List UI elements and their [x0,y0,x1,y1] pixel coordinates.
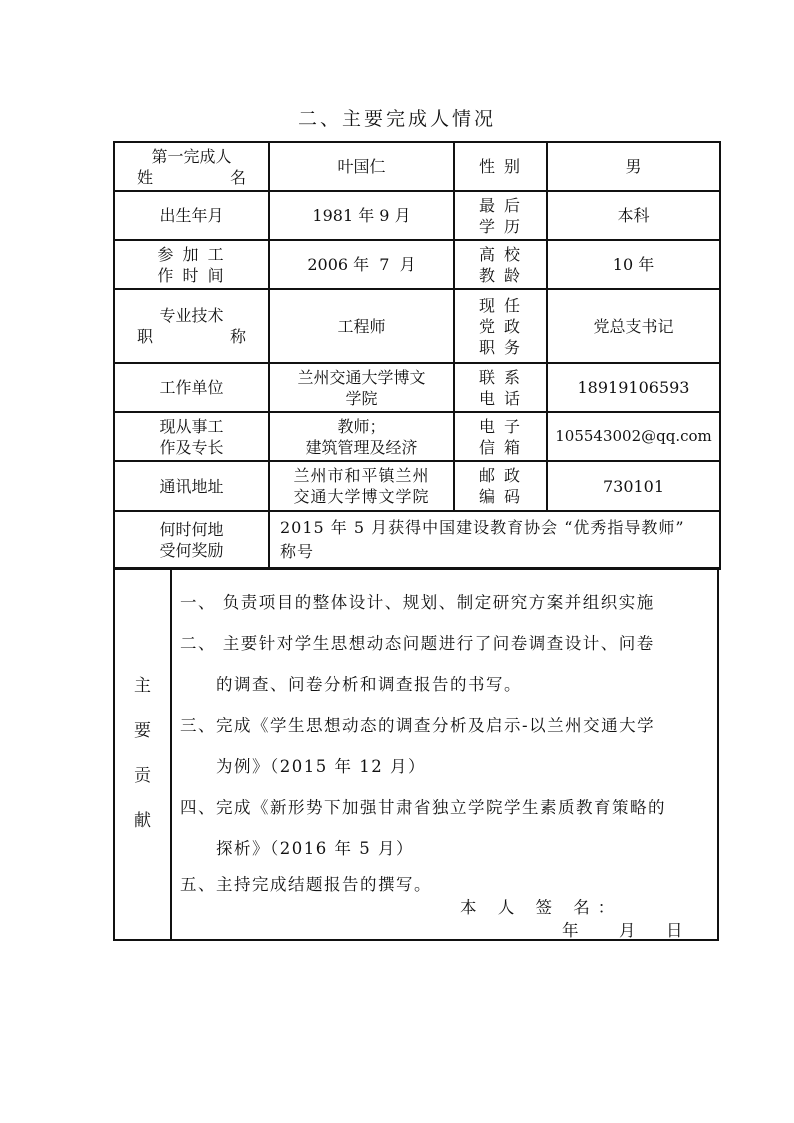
date-month: 月 [619,917,644,941]
field-label: 现 任党 政职 务 [454,289,547,363]
contribution-body: 一、 负责项目的整体设计、规划、制定研究方案并组织实施 二、 主要针对学生思想动… [171,568,718,940]
postcode-value: 730101 [547,461,720,511]
field-label: 最 后学 历 [454,191,547,240]
field-label: 第一完成人 姓名 [114,142,269,191]
table-row: 通讯地址 兰州市和平镇兰州交通大学博文学院 邮 政编 码 730101 [114,461,720,511]
contribution-line: 的调查、问卷分析和调查报告的书写。 [180,671,522,695]
contribution-line: 二、 主要针对学生思想动态问题进行了问卷调查设计、问卷 [180,630,655,654]
signature-label: 本 人 签 名： [460,894,622,918]
contribution-label: 主 要 贡 献 [114,568,171,940]
contribution-line: 四、完成《新形势下加强甘肃省独立学院学生素质教育策略的 [180,794,666,818]
field-label: 邮 政编 码 [454,461,547,511]
field-label: 出生年月 [114,191,269,240]
gender-value: 男 [547,142,720,191]
contribution-line: 五、主持完成结题报告的撰写。 [180,871,432,895]
award-value: 2015 年 5 月获得中国建设教育协会 “优秀指导教师”称号 [269,511,720,569]
table-row: 专业技术 职称 工程师 现 任党 政职 务 党总支书记 [114,289,720,363]
contribution-line: 一、 负责项目的整体设计、规划、制定研究方案并组织实施 [180,589,655,613]
name-value: 叶国仁 [269,142,454,191]
field-label: 高 校教 龄 [454,240,547,289]
table-row: 何时何地受何奖励 2015 年 5 月获得中国建设教育协会 “优秀指导教师”称号 [114,511,720,569]
field-label: 现从事工作及专长 [114,412,269,461]
date-day: 日 [666,917,691,941]
field-label: 通讯地址 [114,461,269,511]
email-value: 105543002@qq.com [547,412,720,461]
employer-value: 兰州交通大学博文学院 [269,363,454,412]
field-label: 工作单位 [114,363,269,412]
position-value: 党总支书记 [547,289,720,363]
table-row: 参 加 工作 时 间 2006 年 7 月 高 校教 龄 10 年 [114,240,720,289]
field-label: 何时何地受何奖励 [114,511,269,569]
phone-value: 18919106593 [547,363,720,412]
work-start-value: 2006 年 7 月 [269,240,454,289]
table-row: 第一完成人 姓名 叶国仁 性 别 男 [114,142,720,191]
birth-value: 1981 年 9 月 [269,191,454,240]
field-label: 电 子信 箱 [454,412,547,461]
address-value: 兰州市和平镇兰州交通大学博文学院 [269,461,454,511]
contribution-line: 三、完成《学生思想动态的调查分析及启示-以兰州交通大学 [180,712,655,736]
field-label: 联 系电 话 [454,363,547,412]
teaching-years-value: 10 年 [547,240,720,289]
section-title: 二、主要完成人情况 [0,104,794,131]
contribution-line: 探析》（2016 年 5 月） [180,835,414,859]
table-row: 现从事工作及专长 教师；建筑管理及经济 电 子信 箱 105543002@qq.… [114,412,720,461]
field-label: 专业技术 职称 [114,289,269,363]
table-row: 工作单位 兰州交通大学博文学院 联 系电 话 18919106593 [114,363,720,412]
contribution-line: 为例》（2015 年 12 月） [180,753,426,777]
education-value: 本科 [547,191,720,240]
field-label: 性 别 [454,142,547,191]
contribution-table: 主 要 贡 献 一、 负责项目的整体设计、规划、制定研究方案并组织实施 二、 主… [113,567,719,941]
table-row: 出生年月 1981 年 9 月 最 后学 历 本科 [114,191,720,240]
title-value: 工程师 [269,289,454,363]
date-year: 年 [562,917,587,941]
field-label: 参 加 工作 时 间 [114,240,269,289]
specialty-value: 教师；建筑管理及经济 [269,412,454,461]
personal-info-table: 第一完成人 姓名 叶国仁 性 别 男 出生年月 1981 年 9 月 最 后学 … [113,141,721,570]
